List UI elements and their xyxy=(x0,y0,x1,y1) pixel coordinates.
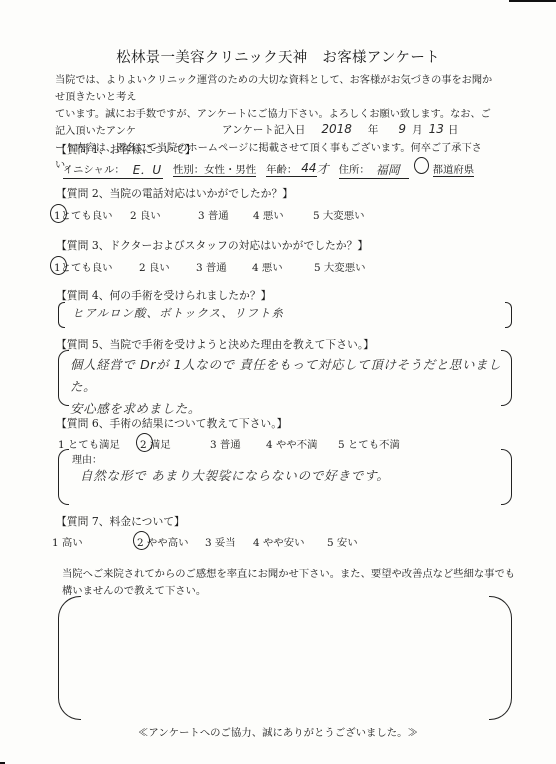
q7-option-2[interactable]: 2 やや高い xyxy=(137,534,205,549)
left-bracket xyxy=(58,302,65,328)
age-field[interactable]: 年齢： 44 xyxy=(266,161,316,177)
q2-heading: 【質問 2、当院の電話対応はいかがでしたか？】 xyxy=(56,186,293,201)
date-year-unit: 年 xyxy=(368,122,379,137)
gender-field[interactable]: 性別：女性・男性 xyxy=(173,161,256,177)
q7-options: 1 高い 2 やや高い 3 妥当 4 やや安い 5 安い xyxy=(52,534,358,549)
q6-reason-label: 理由： xyxy=(72,451,102,466)
q5-answer-box[interactable]: 個人経営で Drが 1人なので 責任をもって対応して頂けそうだと思いました。 安… xyxy=(58,350,512,406)
impressions-answer-box[interactable] xyxy=(58,596,512,720)
q3-option-4[interactable]: 4 悪い xyxy=(252,259,314,274)
initial-field[interactable]: イニシャル： E．U xyxy=(63,161,163,179)
address-field[interactable]: 住所： 福岡 xyxy=(339,161,409,179)
scan-edge-mark xyxy=(509,0,556,2)
q7-option-5[interactable]: 5 安い xyxy=(327,534,358,549)
address-value: 福岡 xyxy=(376,161,400,178)
date-year-field[interactable]: 2018 xyxy=(321,122,352,136)
prefecture-label[interactable]: 都道府県 xyxy=(433,161,475,177)
q4-answer: ヒアルロン酸、ボトックス、リフト糸 xyxy=(72,305,284,321)
q7-heading: 【質問 7、料金について】 xyxy=(56,514,185,529)
q3-options: 1とても良い 2 良い 3 普通 4 悪い 5 大変悪い xyxy=(54,259,365,274)
age-unit: 才 xyxy=(317,160,329,177)
q5-answer-line: 個人経営で Drが 1人なので 責任をもって対応して頂けそうだと思いました。 xyxy=(70,354,512,398)
q2-option-3[interactable]: 3 普通 xyxy=(198,207,253,222)
initial-value: E．U xyxy=(133,161,161,178)
initial-label: イニシャル： xyxy=(63,161,125,178)
age-value: 44 xyxy=(301,161,316,176)
q2-option-4[interactable]: 4 悪い xyxy=(253,207,313,222)
intro-line: 当院では、よりよいクリニック運営のための大切な資料として、お客様がお気づきの事を… xyxy=(55,72,495,106)
q3-option-3[interactable]: 3 普通 xyxy=(196,259,252,274)
right-bracket xyxy=(489,596,512,720)
q6-reason-answer: 自然な形で あまり大袈裟にならないので好きです。 xyxy=(80,466,390,484)
q3-option-5[interactable]: 5 大変悪い xyxy=(314,259,365,274)
q3-option-1[interactable]: 1とても良い xyxy=(54,259,139,274)
q1-customer-info: イニシャル： E．U 性別：女性・男性 年齢： 44 才 住所： 福岡 都道府県 xyxy=(63,160,474,179)
q2-option-1[interactable]: 1とても良い xyxy=(54,207,130,222)
date-month-unit: 月 xyxy=(412,122,423,137)
right-bracket xyxy=(505,302,512,328)
q7-option-1[interactable]: 1 高い xyxy=(52,534,137,549)
survey-title: 松林景一美容クリニック天神 お客様アンケート xyxy=(0,46,556,67)
q7-option-4[interactable]: 4 やや安い xyxy=(253,534,327,549)
q5-answer: 個人経営で Drが 1人なので 責任をもって対応して頂けそうだと思いました。 安… xyxy=(70,354,512,420)
right-bracket xyxy=(501,449,512,505)
q3-heading: 【質問 3、ドクターおよびスタッフの対応はいかがでしたか？】 xyxy=(56,238,368,253)
age-label: 年齢： xyxy=(266,161,297,176)
prefecture-circle-mark xyxy=(414,157,429,174)
q2-options: 1とても良い 2 良い 3 普通 4 悪い 5 大変悪い xyxy=(54,207,364,222)
q6-heading: 【質問 6、手術の結果について教えて下さい。】 xyxy=(56,416,287,431)
impressions-prompt-line: 当院へご来院されてからのご感想を率直にお聞かせ下さい。また、要望や改善点など些細… xyxy=(62,566,515,583)
q7-option-3[interactable]: 3 妥当 xyxy=(205,534,253,549)
q2-option-5[interactable]: 5 大変悪い xyxy=(313,207,364,222)
left-bracket xyxy=(58,350,69,406)
left-bracket xyxy=(58,596,81,720)
footer-thanks: ≪アンケートへのご協力、誠にありがとうございました。≫ xyxy=(0,724,556,739)
q2-option-2[interactable]: 2 良い xyxy=(130,207,198,222)
q4-heading: 【質問 4、何の手術を受けられましたか？】 xyxy=(56,288,271,303)
date-day-unit: 日 xyxy=(448,122,459,137)
left-bracket xyxy=(58,449,69,505)
entry-date: アンケート記入日 2018 年 9 月 13 日 xyxy=(222,122,458,137)
date-month-field[interactable]: 9 xyxy=(398,122,406,136)
address-label: 住所： xyxy=(339,161,370,178)
q4-answer-box[interactable]: ヒアルロン酸、ボトックス、リフト糸 xyxy=(58,302,512,328)
q6-reason-box[interactable]: 理由： 自然な形で あまり大袈裟にならないので好きです。 xyxy=(58,449,512,505)
impressions-prompt: 当院へご来院されてからのご感想を率直にお聞かせ下さい。また、要望や改善点など些細… xyxy=(62,566,515,600)
date-day-field[interactable]: 13 xyxy=(429,122,444,136)
date-label: アンケート記入日 xyxy=(222,122,305,137)
q3-option-2[interactable]: 2 良い xyxy=(139,259,196,274)
q1-heading: 【質問 1、お客様について】 xyxy=(56,142,196,157)
